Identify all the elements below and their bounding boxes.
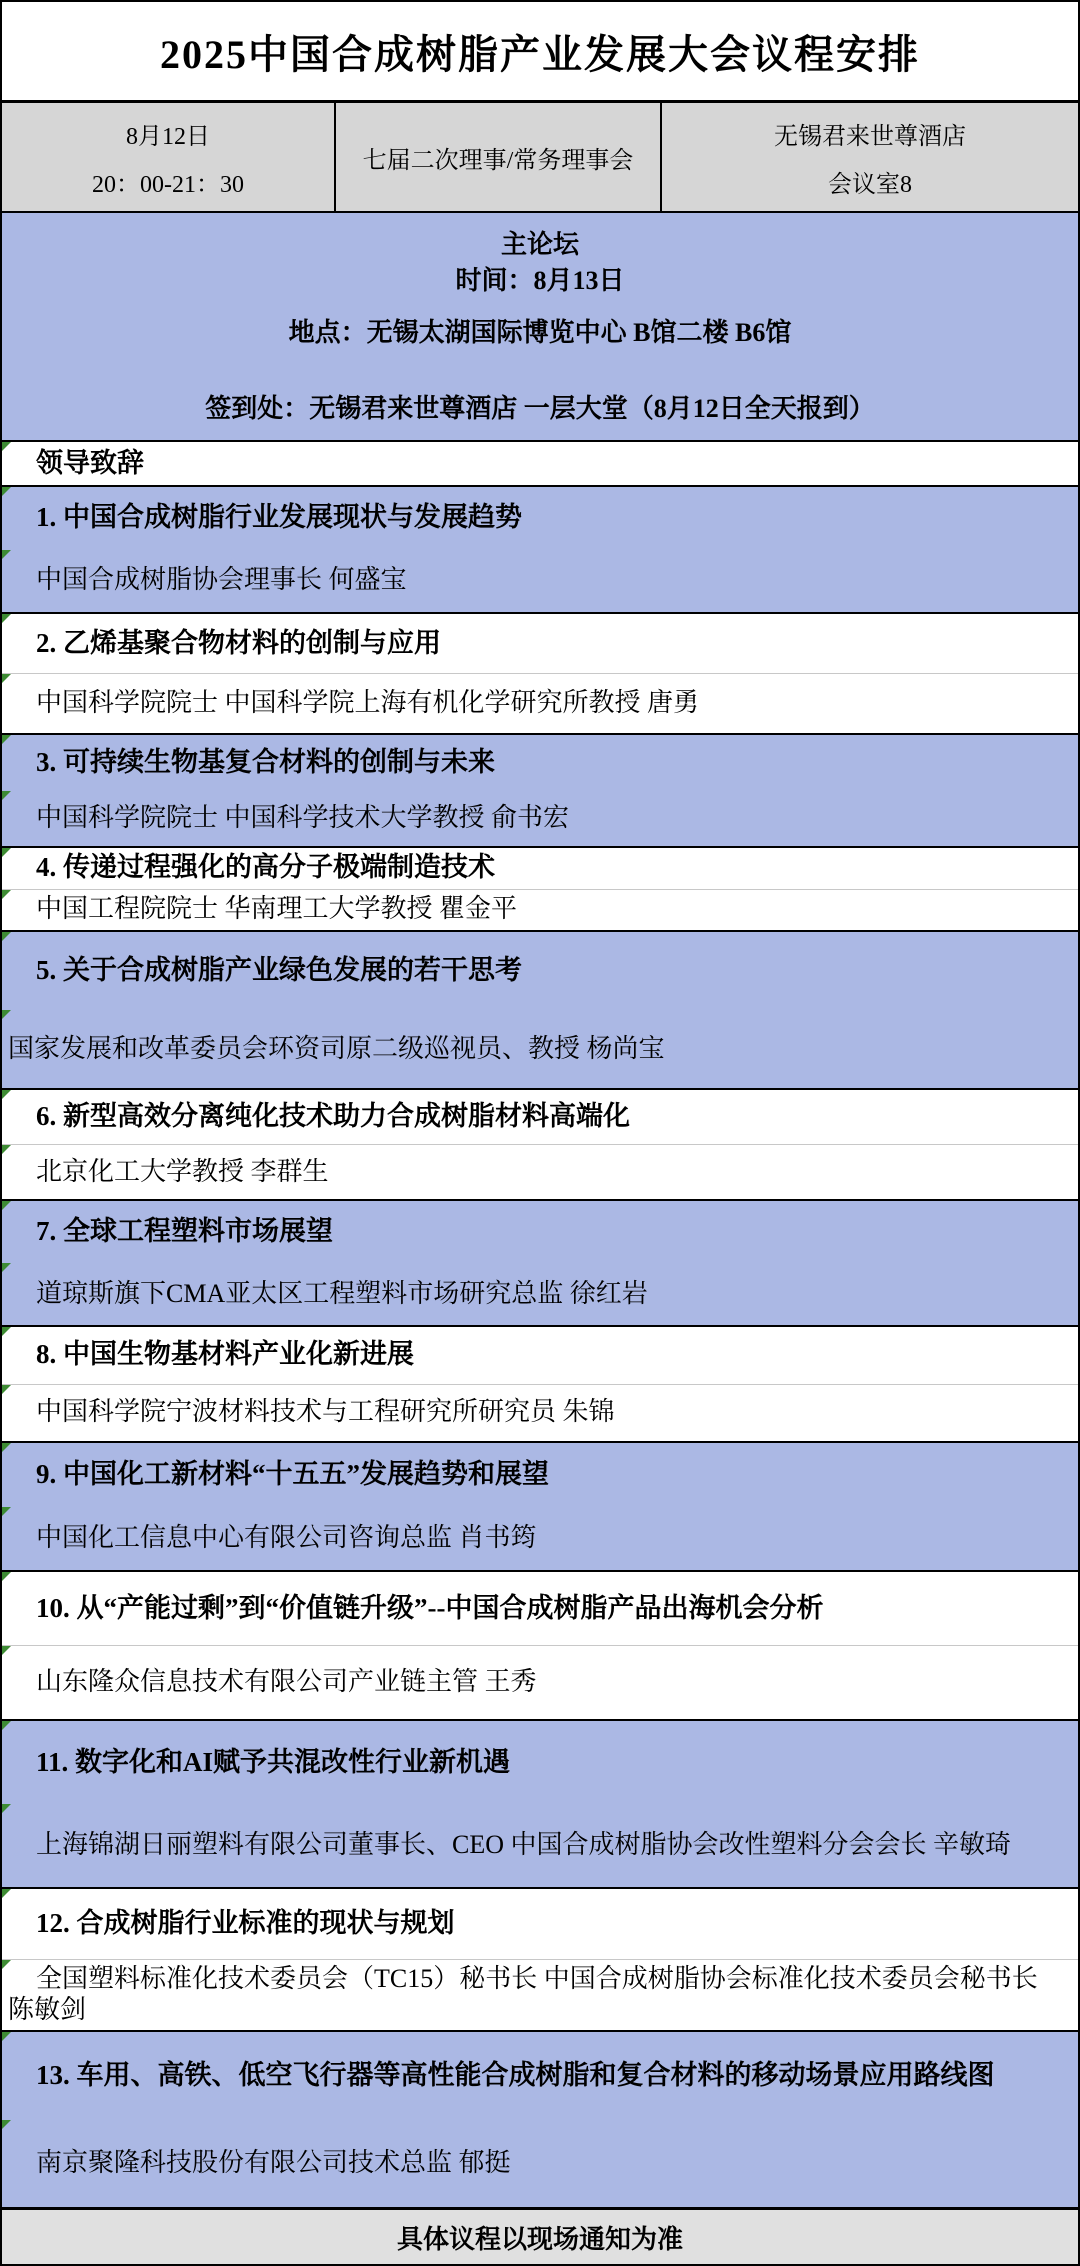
agenda-item-speaker-cell: 全国塑料标准化技术委员会（TC15）秘书长 中国合成树脂协会标准化技术委员会秘书… [2, 1960, 1078, 2030]
agenda-item-title-cell: 8. 中国生物基材料产业化新进展 [2, 1327, 1078, 1385]
agenda-item-title: 7. 全球工程塑料市场展望 [2, 1216, 341, 1248]
agenda-item-speaker-cell: 中国化工信息中心有限公司咨询总监 肖书筠 [2, 1507, 1078, 1571]
cell-error-marker-icon [2, 735, 11, 744]
agenda-item: 11. 数字化和AI赋予共混改性行业新机遇 上海锦湖日丽塑料有限公司董事长、CE… [2, 1721, 1078, 1889]
cell-error-marker-icon [2, 1804, 11, 1813]
agenda-item-title-cell: 10. 从“产能过剩”到“价值链升级”--中国合成树脂产品出海机会分析 [2, 1572, 1078, 1646]
agenda-item-title: 11. 数字化和AI赋予共混改性行业新机遇 [2, 1747, 518, 1779]
cell-error-marker-icon [2, 674, 11, 683]
cell-error-marker-icon [2, 1010, 11, 1019]
opening-remarks-label: 领导致辞 [2, 448, 152, 480]
pre-session-venue-cell: 无锡君来世尊酒店 会议室8 [662, 103, 1078, 211]
cell-error-marker-icon [2, 848, 11, 857]
footer-note: 具体议程以现场通知为准 [2, 2209, 1078, 2264]
agenda-item-title-cell: 6. 新型高效分离纯化技术助力合成树脂材料高端化 [2, 1090, 1078, 1145]
agenda-item-speaker: 中国科学院宁波材料技术与工程研究所研究员 朱锦 [2, 1397, 623, 1428]
cell-error-marker-icon [2, 890, 11, 899]
agenda-item-speaker: 中国科学院院士 中国科学院上海有机化学研究所教授 唐勇 [2, 688, 707, 719]
agenda-item-speaker-cell: 中国工程院院士 华南理工大学教授 瞿金平 [2, 890, 1078, 931]
agenda-item-title: 8. 中国生物基材料产业化新进展 [2, 1339, 422, 1371]
agenda-item-title: 12. 合成树脂行业标准的现状与规划 [2, 1908, 463, 1940]
conference-title: 2025中国合成树脂产业发展大会议程安排 [2, 2, 1078, 103]
cell-error-marker-icon [2, 1721, 11, 1730]
agenda-item-speaker: 北京化工大学教授 李群生 [2, 1157, 337, 1188]
agenda-item-title: 3. 可持续生物基复合材料的创制与未来 [2, 747, 503, 779]
pre-session-name-cell: 七届二次理事/常务理事会 [336, 103, 662, 211]
cell-error-marker-icon [2, 614, 11, 623]
agenda-item-speaker: 国家发展和改革委员会环资司原二级巡视员、教授 杨尚宝 [2, 1034, 673, 1065]
forum-name: 主论坛 [2, 213, 1078, 262]
forum-time: 时间：8月13日 [2, 264, 1078, 298]
main-forum-info: 主论坛 时间：8月13日 地点：无锡太湖国际博览中心 B馆二楼 B6馆 签到处：… [2, 213, 1078, 442]
cell-error-marker-icon [2, 550, 11, 559]
agenda-item-speaker: 中国化工信息中心有限公司咨询总监 肖书筠 [2, 1523, 545, 1554]
pre-session-date: 8月12日 [126, 116, 210, 151]
agenda-item-title-cell: 2. 乙烯基聚合物材料的创制与应用 [2, 614, 1078, 674]
agenda-item: 7. 全球工程塑料市场展望 道琼斯旗下CMA亚太区工程塑料市场研究总监 徐红岩 [2, 1201, 1078, 1327]
agenda-item-speaker-cell: 道琼斯旗下CMA亚太区工程塑料市场研究总监 徐红岩 [2, 1263, 1078, 1325]
cell-error-marker-icon [2, 487, 11, 496]
agenda-item-speaker: 上海锦湖日丽塑料有限公司董事长、CEO 中国合成树脂协会改性塑料分会会长 辛敏琦 [2, 1830, 1019, 1861]
cell-error-marker-icon [2, 791, 11, 800]
agenda-item-speaker-cell: 南京聚隆科技股份有限公司技术总监 郁挺 [2, 2120, 1078, 2208]
cell-error-marker-icon [2, 2120, 11, 2129]
agenda-item-speaker: 南京聚隆科技股份有限公司技术总监 郁挺 [2, 2148, 519, 2179]
cell-error-marker-icon [2, 1201, 11, 1210]
agenda-item-title: 2. 乙烯基聚合物材料的创制与应用 [2, 628, 449, 660]
agenda-item-title: 9. 中国化工新材料“十五五”发展趋势和展望 [2, 1459, 557, 1491]
agenda-item-speaker: 中国工程院院士 华南理工大学教授 瞿金平 [2, 894, 525, 925]
agenda-item-speaker: 山东隆众信息技术有限公司产业链主管 王秀 [2, 1667, 545, 1698]
cell-error-marker-icon [2, 442, 11, 451]
agenda-item: 8. 中国生物基材料产业化新进展 中国科学院宁波材料技术与工程研究所研究员 朱锦 [2, 1327, 1078, 1443]
cell-error-marker-icon [2, 1263, 11, 1272]
agenda-item-speaker-cell: 中国合成树脂协会理事长 何盛宝 [2, 550, 1078, 613]
forum-location: 地点：无锡太湖国际博览中心 B馆二楼 B6馆 [2, 316, 1078, 350]
agenda-item-speaker: 道琼斯旗下CMA亚太区工程塑料市场研究总监 徐红岩 [2, 1279, 656, 1310]
cell-error-marker-icon [2, 1889, 11, 1898]
agenda-item-title-cell: 5. 关于合成树脂产业绿色发展的若干思考 [2, 932, 1078, 1010]
pre-session-room: 会议室8 [828, 164, 912, 199]
opening-remarks-row: 领导致辞 [2, 442, 1078, 487]
agenda-item-speaker-cell: 中国科学院院士 中国科学院上海有机化学研究所教授 唐勇 [2, 674, 1078, 733]
agenda-item: 10. 从“产能过剩”到“价值链升级”--中国合成树脂产品出海机会分析 山东隆众… [2, 1572, 1078, 1721]
agenda-item: 12. 合成树脂行业标准的现状与规划 全国塑料标准化技术委员会（TC15）秘书长… [2, 1889, 1078, 2032]
cell-error-marker-icon [2, 1572, 11, 1581]
cell-error-marker-icon [2, 1145, 11, 1154]
agenda-item: 5. 关于合成树脂产业绿色发展的若干思考 国家发展和改革委员会环资司原二级巡视员… [2, 932, 1078, 1090]
cell-error-marker-icon [2, 1443, 11, 1452]
agenda-item-speaker-cell: 山东隆众信息技术有限公司产业链主管 王秀 [2, 1646, 1078, 1719]
cell-error-marker-icon [2, 932, 11, 941]
agenda-item: 9. 中国化工新材料“十五五”发展趋势和展望 中国化工信息中心有限公司咨询总监 … [2, 1443, 1078, 1572]
agenda-item-title: 1. 中国合成树脂行业发展现状与发展趋势 [2, 502, 530, 534]
agenda-item-title: 10. 从“产能过剩”到“价值链升级”--中国合成树脂产品出海机会分析 [2, 1593, 831, 1625]
agenda-item-speaker: 全国塑料标准化技术委员会（TC15）秘书长 中国合成树脂协会标准化技术委员会秘书… [2, 1964, 1078, 2025]
agenda-item: 4. 传递过程强化的高分子极端制造技术 中国工程院院士 华南理工大学教授 瞿金平 [2, 848, 1078, 932]
agenda-item-title: 4. 传递过程强化的高分子极端制造技术 [2, 852, 503, 884]
agenda-item-speaker: 中国合成树脂协会理事长 何盛宝 [2, 565, 415, 596]
agenda-item-title: 5. 关于合成树脂产业绿色发展的若干思考 [2, 955, 530, 987]
cell-error-marker-icon [2, 1385, 11, 1394]
forum-check-in: 签到处：无锡君来世尊酒店 一层大堂（8月12日全天报到） [2, 392, 1078, 426]
agenda-item-title: 13. 车用、高铁、低空飞行器等高性能合成树脂和复合材料的移动场景应用路线图 [2, 2060, 1003, 2092]
cell-error-marker-icon [2, 1646, 11, 1655]
agenda-item-title-cell: 13. 车用、高铁、低空飞行器等高性能合成树脂和复合材料的移动场景应用路线图 [2, 2032, 1078, 2120]
agenda-item-title: 6. 新型高效分离纯化技术助力合成树脂材料高端化 [2, 1101, 638, 1133]
agenda-sheet: 2025中国合成树脂产业发展大会议程安排 8月12日 20：00-21：30 七… [0, 0, 1080, 2266]
agenda-item-speaker-cell: 上海锦湖日丽塑料有限公司董事长、CEO 中国合成树脂协会改性塑料分会会长 辛敏琦 [2, 1804, 1078, 1887]
agenda-item: 2. 乙烯基聚合物材料的创制与应用 中国科学院院士 中国科学院上海有机化学研究所… [2, 614, 1078, 735]
pre-session-venue: 无锡君来世尊酒店 [774, 116, 966, 151]
agenda-item-title-cell: 7. 全球工程塑料市场展望 [2, 1201, 1078, 1263]
agenda-item-speaker-cell: 中国科学院宁波材料技术与工程研究所研究员 朱锦 [2, 1385, 1078, 1442]
agenda-item: 13. 车用、高铁、低空飞行器等高性能合成树脂和复合材料的移动场景应用路线图 南… [2, 2032, 1078, 2209]
cell-error-marker-icon [2, 1090, 11, 1099]
pre-session-datetime-cell: 8月12日 20：00-21：30 [2, 103, 336, 211]
agenda-item-speaker-cell: 北京化工大学教授 李群生 [2, 1145, 1078, 1199]
pre-session-row: 8月12日 20：00-21：30 七届二次理事/常务理事会 无锡君来世尊酒店 … [2, 103, 1078, 213]
agenda-item: 3. 可持续生物基复合材料的创制与未来 中国科学院院士 中国科学技术大学教授 俞… [2, 735, 1078, 848]
agenda-item-title-cell: 12. 合成树脂行业标准的现状与规划 [2, 1889, 1078, 1960]
cell-error-marker-icon [2, 2032, 11, 2041]
agenda-item-title-cell: 11. 数字化和AI赋予共混改性行业新机遇 [2, 1721, 1078, 1804]
agenda-item-title-cell: 9. 中国化工新材料“十五五”发展趋势和展望 [2, 1443, 1078, 1507]
agenda-item-title-cell: 3. 可持续生物基复合材料的创制与未来 [2, 735, 1078, 791]
agenda-item-speaker-cell: 国家发展和改革委员会环资司原二级巡视员、教授 杨尚宝 [2, 1010, 1078, 1088]
pre-session-name: 七届二次理事/常务理事会 [363, 140, 634, 175]
agenda-item: 6. 新型高效分离纯化技术助力合成树脂材料高端化 北京化工大学教授 李群生 [2, 1090, 1078, 1201]
agenda-item: 1. 中国合成树脂行业发展现状与发展趋势 中国合成树脂协会理事长 何盛宝 [2, 487, 1078, 614]
agenda-item-title-cell: 1. 中国合成树脂行业发展现状与发展趋势 [2, 487, 1078, 550]
agenda-item-speaker: 中国科学院院士 中国科学技术大学教授 俞书宏 [2, 803, 577, 834]
agenda-item-title-cell: 4. 传递过程强化的高分子极端制造技术 [2, 848, 1078, 890]
cell-error-marker-icon [2, 1327, 11, 1336]
cell-error-marker-icon [2, 1507, 11, 1516]
pre-session-time: 20：00-21：30 [92, 164, 244, 199]
agenda-item-speaker-cell: 中国科学院院士 中国科学技术大学教授 俞书宏 [2, 791, 1078, 847]
cell-error-marker-icon [2, 1960, 11, 1969]
